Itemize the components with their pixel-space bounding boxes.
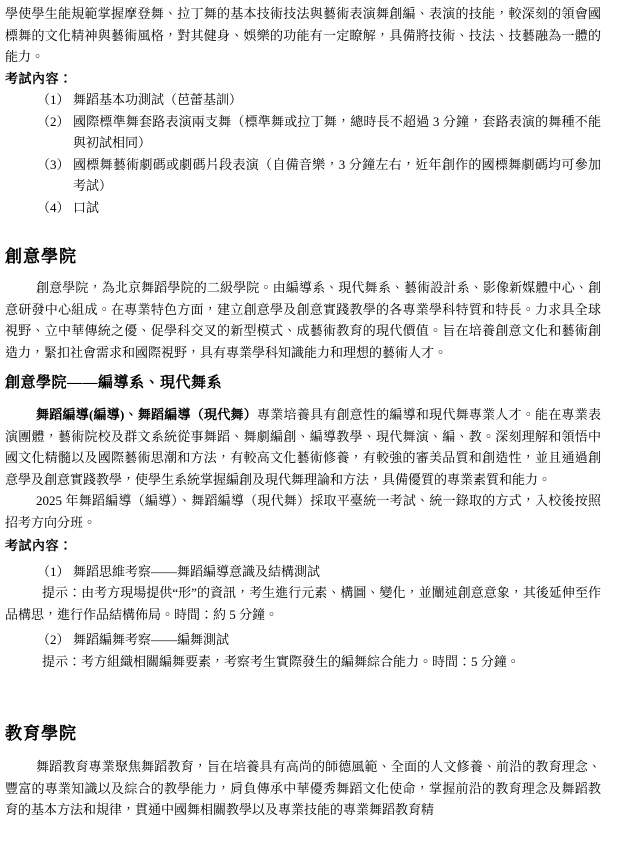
exam2-item-2: （2） 舞蹈編舞考察——編舞測試 <box>5 629 601 651</box>
exam1-item-1: （1） 舞蹈基本功測試（芭蕾基訓） <box>5 89 601 111</box>
education-college-paragraph: 舞蹈教育專業聚焦舞蹈教育，旨在培養具有高尚的師德風範、全面的人文修養、前沿的教育… <box>5 756 601 821</box>
exam2-item-1: （1） 舞蹈思維考察——舞蹈編導意識及結構測試 <box>5 561 601 583</box>
item-number: （1） <box>37 89 70 111</box>
item-text: 口試 <box>73 200 99 215</box>
item-number: （2） <box>37 111 70 133</box>
item-number: （1） <box>37 561 70 583</box>
document-page: 學使學生能規範掌握摩登舞、拉丁舞的基本技術技法與藝術表演舞創編、表演的技能，較深… <box>0 0 617 858</box>
exam1-item-4: （4） 口試 <box>5 197 601 219</box>
item-text: 國際標準舞套路表演兩支舞（標準舞或拉丁舞，總時長不超過 3 分鐘，套路表演的舞種… <box>73 114 601 151</box>
admission-policy-paragraph: 2025 年舞蹈編導（編導）、舞蹈編導（現代舞）採取平臺統一考試、統一錄取的方式… <box>5 490 601 533</box>
section-heading-choreography-depts: 創意學院——編導系、現代舞系 <box>5 372 601 394</box>
major-names-bold: 舞蹈編導(編導)、舞蹈編導（現代舞） <box>36 407 257 422</box>
choreography-lead-paragraph: 舞蹈編導(編導)、舞蹈編導（現代舞）專業培養具有創意性的編導和現代舞專業人才。能… <box>5 404 601 490</box>
item-text: 舞蹈基本功測試（芭蕾基訓） <box>73 92 242 107</box>
item-number: （4） <box>37 197 70 219</box>
item-text: 國標舞藝術劇碼或劇碼片段表演（自備音樂，3 分鐘左右，近年創作的國標舞劇碼均可參… <box>73 157 601 194</box>
item-text: 舞蹈編舞考察——編舞測試 <box>73 632 229 647</box>
intro-paragraph: 學使學生能規範掌握摩登舞、拉丁舞的基本技術技法與藝術表演舞創編、表演的技能，較深… <box>5 3 601 68</box>
creative-college-paragraph: 創意學院，為北京舞蹈學院的二級學院。由編導系、現代舞系、藝術設計系、影像新媒體中… <box>5 277 601 363</box>
exam1-item-3: （3） 國標舞藝術劇碼或劇碼片段表演（自備音樂，3 分鐘左右，近年創作的國標舞劇… <box>5 154 601 197</box>
exam2-item-1-hint: 提示：由考方現場提供“形”的資訊，考生進行元素、構圖、變化，並闡述創意意象，其後… <box>5 582 601 625</box>
exam-content-label-1: 考試內容： <box>5 68 601 90</box>
exam2-item-2-hint: 提示：考方組織相關編舞要素，考察考生實際發生的編舞綜合能力。時間：5 分鐘。 <box>5 651 601 673</box>
item-number: （3） <box>37 154 70 176</box>
item-number: （2） <box>37 629 70 651</box>
item-text: 舞蹈思維考察——舞蹈編導意識及結構測試 <box>73 564 320 579</box>
exam-content-label-2: 考試內容： <box>5 535 601 557</box>
exam1-item-2: （2） 國際標準舞套路表演兩支舞（標準舞或拉丁舞，總時長不超過 3 分鐘，套路表… <box>5 111 601 154</box>
section-title-creative-college: 創意學院 <box>5 245 601 269</box>
section-title-education-college: 教育學院 <box>5 722 601 746</box>
